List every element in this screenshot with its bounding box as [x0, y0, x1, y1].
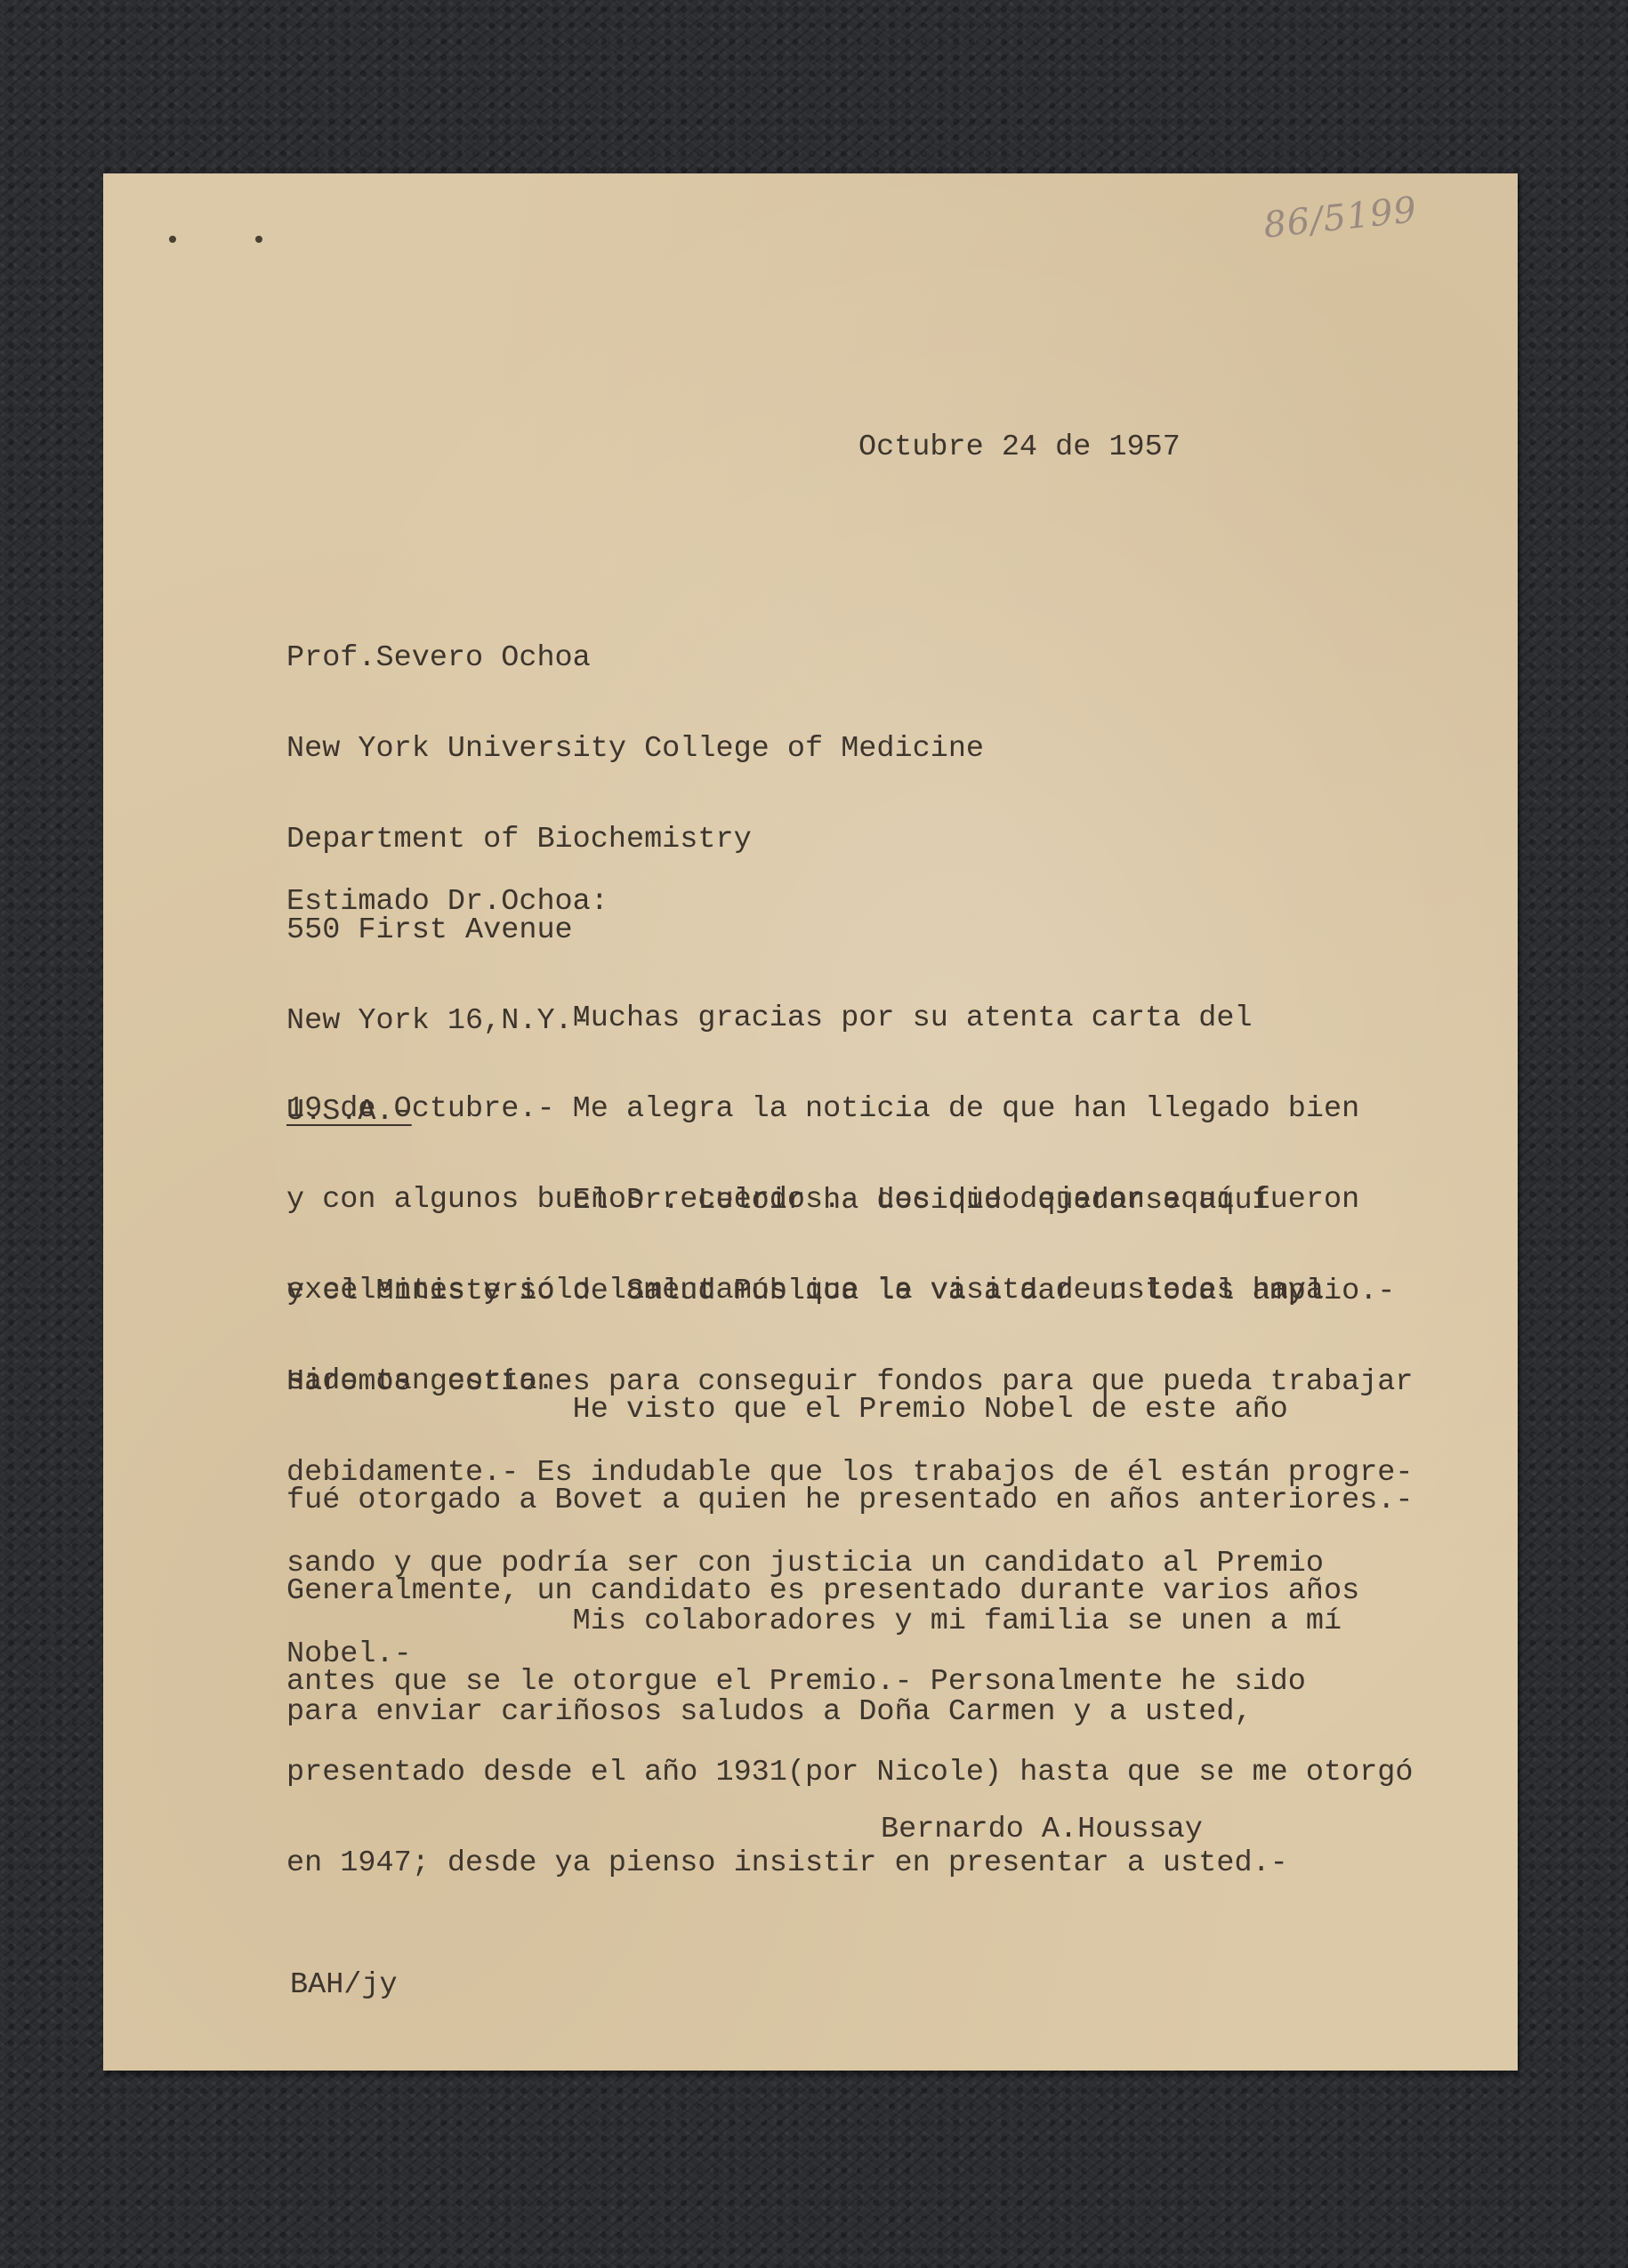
punch-hole [255, 236, 262, 243]
text-line: y el Ministerio de Salud Pública le va a… [286, 1276, 1414, 1307]
body-paragraph-4: Mis colaboradores y mi familia se unen a… [286, 1546, 1342, 1757]
letter-date: Octubre 24 de 1957 [858, 432, 1181, 462]
typist-initials: BAH/jy [290, 1970, 398, 2000]
text-line: Mis colaboradores y mi familia se unen a… [286, 1606, 1342, 1637]
punch-hole [169, 236, 176, 243]
address-line: Prof.Severo Ochoa [286, 643, 984, 673]
text-line: He visto que el Premio Nobel de este año [286, 1395, 1414, 1425]
text-line: Muchas gracias por su atenta carta del [286, 1003, 1359, 1033]
text-line: 19 de Octubre.- Me alegra la noticia de … [286, 1094, 1359, 1124]
signature-name: Bernardo A.Houssay [881, 1814, 1203, 1845]
address-line: 550 First Avenue [286, 915, 984, 945]
text-line: presentado desde el año 1931(por Nicole)… [286, 1757, 1414, 1788]
salutation: Estimado Dr.Ochoa: [286, 887, 608, 917]
text-line: fué otorgado a Bovet a quien he presenta… [286, 1485, 1414, 1516]
text-line: en 1947; desde ya pienso insistir en pre… [286, 1848, 1414, 1878]
text-line: para enviar cariñosos saludos a Doña Car… [286, 1697, 1342, 1727]
address-line: New York University College of Medicine [286, 734, 984, 764]
text-line: El Dr. Leloir ha decidido quedarse aquí [286, 1186, 1414, 1216]
address-line: Department of Biochemistry [286, 824, 984, 855]
